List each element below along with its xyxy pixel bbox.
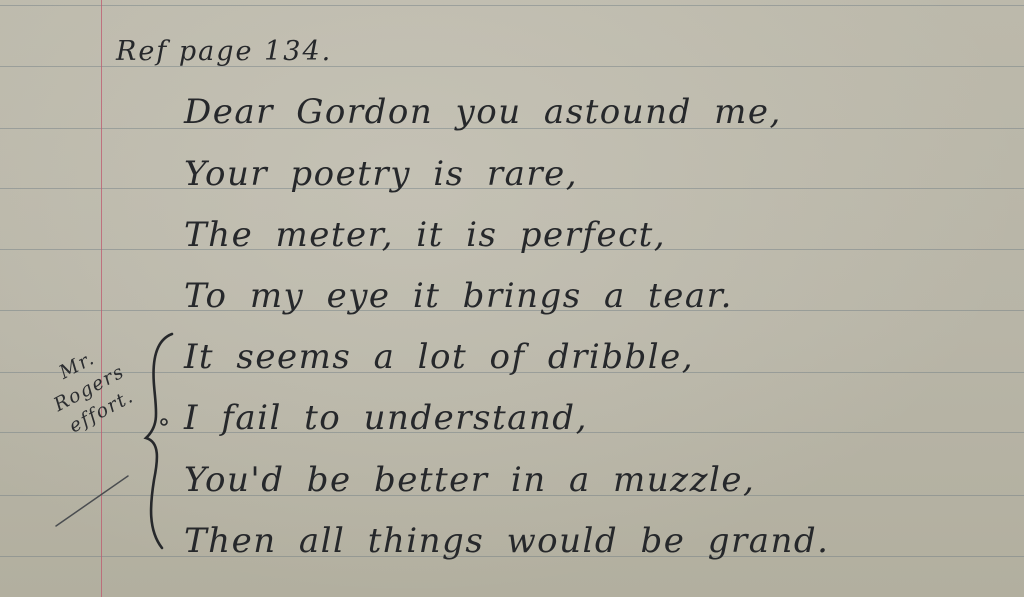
poem-line-1: Dear Gordon you astound me,	[184, 92, 782, 132]
page-reference: Ref page 134.	[116, 36, 332, 67]
poem-line-6: I fail to understand,	[184, 398, 588, 438]
poem-line-2: Your poetry is rare,	[184, 154, 578, 194]
poem-line-8: Then all things would be grand.	[184, 521, 829, 561]
poem-line-3: The meter, it is perfect,	[184, 215, 666, 255]
poem-line-4: To my eye it brings a tear.	[184, 276, 733, 316]
poem-line-7: You'd be better in a muzzle,	[184, 460, 755, 500]
poem-line-5: It seems a lot of dribble,	[184, 337, 694, 377]
ruled-line	[0, 5, 1024, 6]
notebook-page: Ref page 134. Dear Gordon you astound me…	[0, 0, 1024, 597]
curly-brace-icon	[140, 330, 180, 552]
pencil-underline-stroke	[50, 470, 140, 530]
